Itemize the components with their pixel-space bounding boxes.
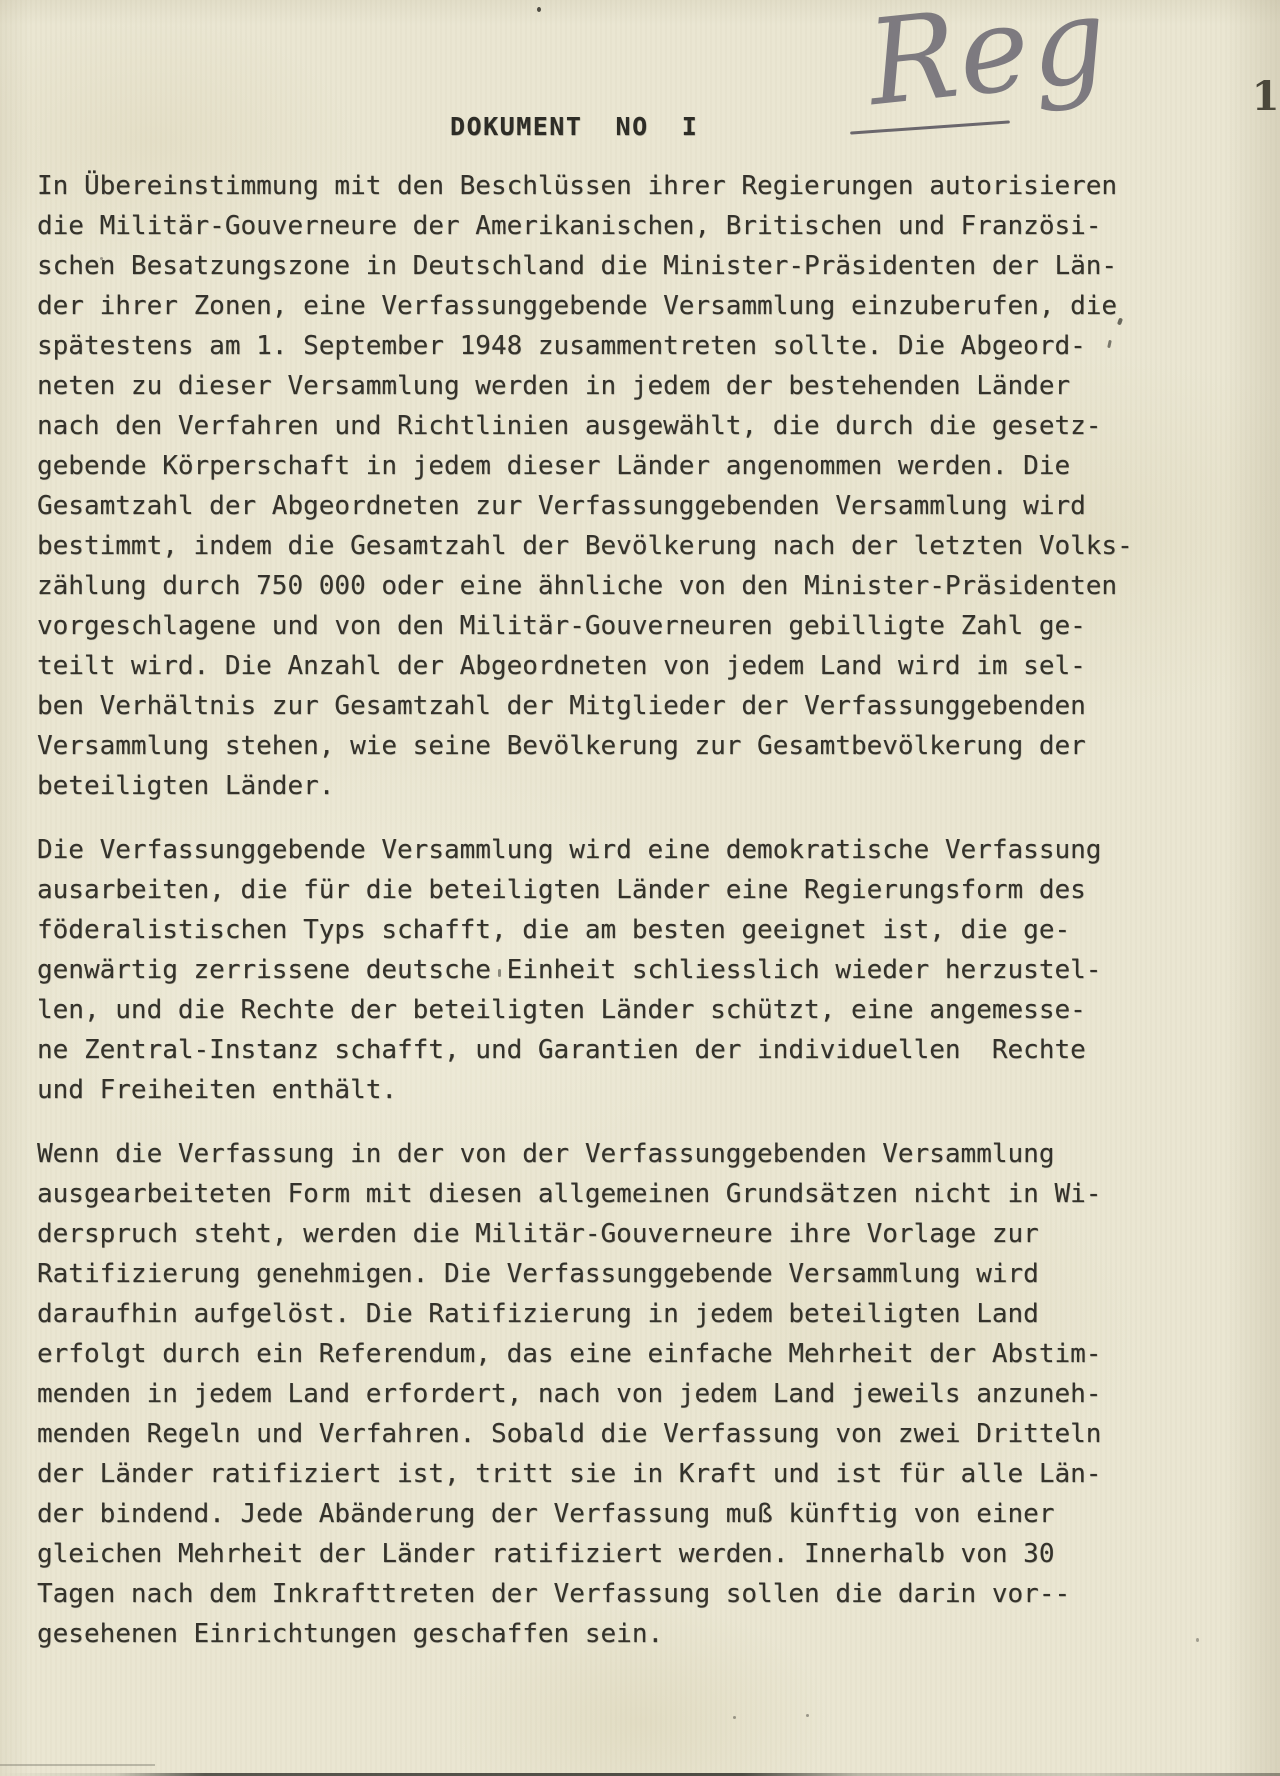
ink-speck xyxy=(1196,1638,1199,1642)
scan-artifact-line xyxy=(0,1764,155,1766)
ink-speck xyxy=(806,1714,809,1717)
ink-speck xyxy=(733,1716,736,1719)
handwritten-note: Reg xyxy=(861,0,1114,132)
ink-speck xyxy=(537,7,541,12)
paragraph-3: Wenn die Verfassung in der von der Verfa… xyxy=(37,1134,1147,1654)
paragraph-2: Die Verfassunggebende Versammlung wird e… xyxy=(37,830,1147,1110)
page-number-digit: 1 xyxy=(1252,73,1280,120)
paragraph-1: In Übereinstimmung mit den Beschlüssen i… xyxy=(37,166,1147,806)
document-page: 130 Reg DOKUMENT NO I In Übereinstimmung… xyxy=(0,0,1280,1776)
document-body: In Übereinstimmung mit den Beschlüssen i… xyxy=(37,166,1147,1678)
page-number-stamp: 130 xyxy=(1160,26,1280,167)
document-title: DOKUMENT NO I xyxy=(450,112,698,141)
